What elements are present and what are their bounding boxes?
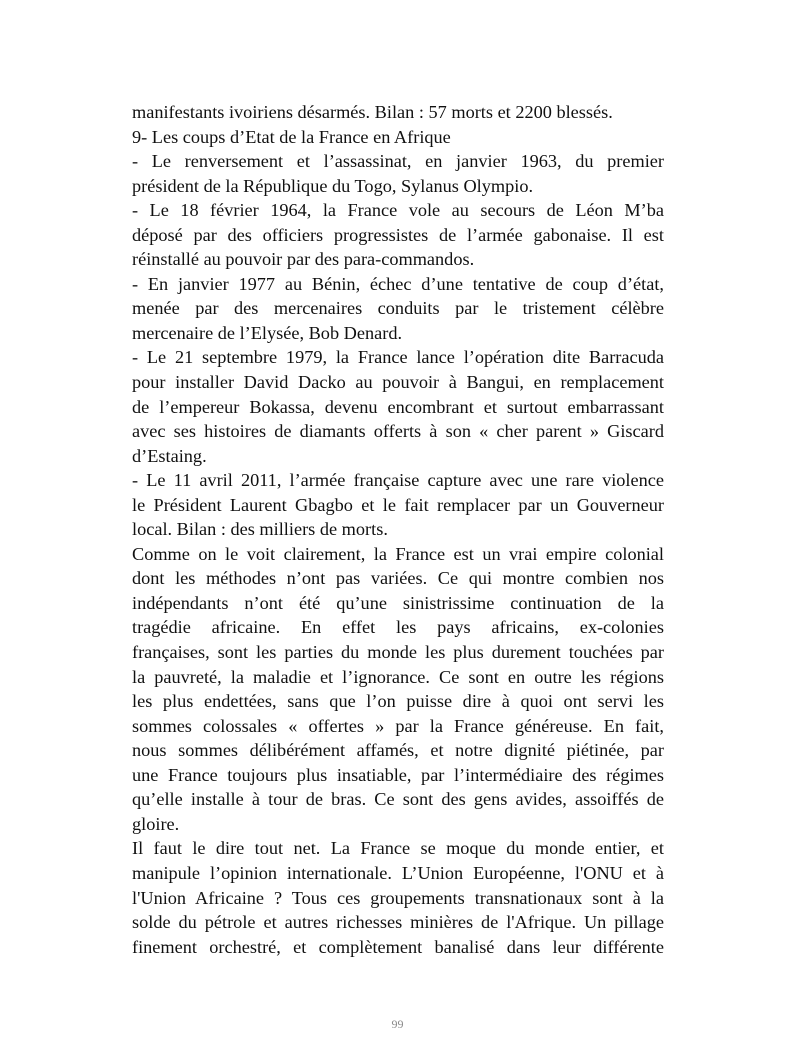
text-line: - Le 18 février 1964, la France vole au … bbox=[132, 198, 664, 223]
text-line: gloire. bbox=[132, 812, 664, 837]
text-line: indépendants n’ont été qu’une sinistriss… bbox=[132, 591, 664, 616]
text-line: solde du pétrole et autres richesses min… bbox=[132, 910, 664, 935]
text-line: local. Bilan : des milliers de morts. bbox=[132, 517, 664, 542]
page-body: manifestants ivoiriens désarmés. Bilan :… bbox=[132, 100, 664, 959]
text-line: menée par des mercenaires conduits par l… bbox=[132, 296, 664, 321]
text-line: qu’elle installe à tour de bras. Ce sont… bbox=[132, 787, 664, 812]
text-line: de l’empereur Bokassa, devenu encombrant… bbox=[132, 395, 664, 420]
text-line: la pauvreté, la maladie et l’ignorance. … bbox=[132, 665, 664, 690]
text-line: - En janvier 1977 au Bénin, échec d’une … bbox=[132, 272, 664, 297]
text-line: une France toujours plus insatiable, par… bbox=[132, 763, 664, 788]
text-line: pour installer David Dacko au pouvoir à … bbox=[132, 370, 664, 395]
text-line: président de la République du Togo, Syla… bbox=[132, 174, 664, 199]
text-line: déposé par des officiers progressistes d… bbox=[132, 223, 664, 248]
section-heading: 9- Les coups d’Etat de la France en Afri… bbox=[132, 125, 664, 150]
text-line: avec ses histoires de diamants offerts à… bbox=[132, 419, 664, 444]
text-line: le Président Laurent Gbagbo et le fait r… bbox=[132, 493, 664, 518]
text-line: finement orchestré, et complètement bana… bbox=[132, 935, 664, 960]
text-line: - Le 11 avril 2011, l’armée française ca… bbox=[132, 468, 664, 493]
text-line: dont les méthodes n’ont pas variées. Ce … bbox=[132, 566, 664, 591]
text-line: - Le renversement et l’assassinat, en ja… bbox=[132, 149, 664, 174]
text-line: réinstallé au pouvoir par des para-comma… bbox=[132, 247, 664, 272]
text-line: manifestants ivoiriens désarmés. Bilan :… bbox=[132, 100, 664, 125]
page-number: 99 bbox=[0, 1017, 795, 1032]
text-line: Il faut le dire tout net. La France se m… bbox=[132, 836, 664, 861]
text-line: nous sommes délibérément affamés, et not… bbox=[132, 738, 664, 763]
text-line: mercenaire de l’Elysée, Bob Denard. bbox=[132, 321, 664, 346]
text-line: manipule l’opinion internationale. L’Uni… bbox=[132, 861, 664, 886]
text-line: d’Estaing. bbox=[132, 444, 664, 469]
text-line: sommes colossales « offertes » par la Fr… bbox=[132, 714, 664, 739]
text-line: Comme on le voit clairement, la France e… bbox=[132, 542, 664, 567]
text-line: tragédie africaine. En effet les pays af… bbox=[132, 615, 664, 640]
text-line: l'Union Africaine ? Tous ces groupements… bbox=[132, 886, 664, 911]
text-line: françaises, sont les parties du monde le… bbox=[132, 640, 664, 665]
text-line: - Le 21 septembre 1979, la France lance … bbox=[132, 345, 664, 370]
text-line: les plus endettées, sans que l’on puisse… bbox=[132, 689, 664, 714]
